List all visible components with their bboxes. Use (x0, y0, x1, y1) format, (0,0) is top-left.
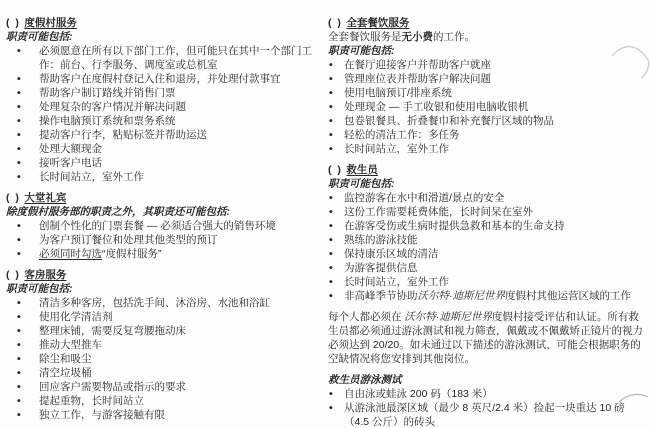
list-item: 除尘和吸尘 (6, 352, 312, 366)
list-item: 创制个性化的门票套餐 — 必须适合强大的销售环境 (6, 219, 312, 233)
section-lead: 除度假村服务部的职责之外，其职责还可能包括: (6, 205, 312, 219)
quoted-text: “度假村服务” (102, 248, 162, 260)
no-tip-note: 全套餐饮服务是无小费的工作。 (328, 30, 648, 44)
brand-name-italic: 沃尔特·迪斯尼世界 (418, 290, 506, 302)
list-item: 长时间站立，室外工作 (328, 142, 648, 156)
list-item: 帮助客户在度假村登记入住和退房，并处理付款事宜 (6, 72, 312, 86)
section-header: ( )客房服务 (6, 268, 312, 282)
bullet-text: 非高峰季节协助 (344, 290, 418, 302)
list-item: 整理床铺，需要反复弯腰拖动床 (6, 324, 312, 338)
section-resort-services: ( )度假村服务 职责可能包括: 必须愿意在所有以下部门工作，但可能只在其中一个… (6, 16, 312, 184)
list-item: 长时间站立，室外工作 (6, 170, 312, 184)
section-title: 大堂礼宾 (24, 192, 66, 204)
section-full-service-dining: ( )全套餐饮服务 全套餐饮服务是无小费的工作。 职责可能包括: 在餐厅迎接客户… (328, 16, 648, 156)
section-title: 救生员 (346, 164, 378, 176)
checkbox-blank: ( ) (328, 164, 342, 176)
list-item: 熟练的游泳技能 (328, 233, 648, 247)
list-item: 长时间站立，室外工作 (328, 275, 648, 289)
right-column: ( )全套餐饮服务 全套餐饮服务是无小费的工作。 职责可能包括: 在餐厅迎接客户… (322, 16, 650, 428)
list-item: 自由泳或蛙泳 200 码（183 米） (328, 387, 648, 401)
list-item: 管理座位表并帮助客户解决问题 (328, 72, 648, 86)
list-item: 帮助客户制订路线并销售门票 (6, 86, 312, 100)
list-item: 为游客提供信息 (328, 261, 648, 275)
checkbox-blank: ( ) (6, 192, 20, 204)
section-title: 客房服务 (24, 269, 66, 281)
list-item: 推动大型推车 (6, 338, 312, 352)
section-header: ( )度假村服务 (6, 16, 312, 30)
list-item: 轻松的清洁工作：多任务 (328, 128, 648, 142)
section-lifeguard: ( )救生员 职责可能包括: 监控游客在水中和滑道/景点的安全 这份工作需要耗费… (328, 163, 648, 303)
bullet-list: 监控游客在水中和滑道/景点的安全 这份工作需要耗费体能，长时间呆在室外 在游客受… (328, 191, 648, 303)
list-item: 为客户预订餐位和处理其他类型的预订 (6, 233, 312, 247)
list-item: 清洁多种客房，包括洗手间、沐浴房、水池和浴缸 (6, 296, 312, 310)
list-item: 必须同时勾选“度假村服务” (6, 247, 312, 261)
checkbox-blank: ( ) (328, 17, 342, 29)
bullet-list: 创制个性化的门票套餐 — 必须适合强大的销售环境 为客户预订餐位和处理其他类型的… (6, 219, 312, 261)
note-text: 的工作。 (433, 31, 475, 43)
brand-name-italic: 沃尔特·迪斯尼世界 (404, 311, 492, 323)
section-lead: 职责可能包括: (328, 177, 648, 191)
list-item: 接听客户电话 (6, 156, 312, 170)
list-item: 独立工作，与游客接触有限 (6, 408, 312, 422)
note-bold-text: 无小费 (402, 31, 434, 43)
list-item: 监控游客在水中和滑道/景点的安全 (328, 191, 648, 205)
checkbox-blank: ( ) (6, 17, 20, 29)
bullet-list: 在餐厅迎接客户并帮助客户就座 管理座位表并帮助客户解决问题 使用电脑预订/排座系… (328, 58, 648, 156)
bullet-list: 自由泳或蛙泳 200 码（183 米） 从游泳池最深区域（最少 8 英尺/2.4… (328, 387, 648, 428)
list-item: 包卷银餐具、折叠餐巾和补充餐厅区域的物品 (328, 114, 648, 128)
list-item: 这份工作需要耗费体能，长时间呆在室外 (328, 205, 648, 219)
list-item: 提起重物，长时间站立 (6, 394, 312, 408)
list-item: 操作电脑预订系统和票务系统 (6, 114, 312, 128)
list-item: 处理现金 — 手工收银和使用电脑收银机 (328, 100, 648, 114)
checkbox-blank: ( ) (6, 269, 20, 281)
note-text: 全套餐饮服务是 (328, 31, 402, 43)
scanned-document-page: ( )度假村服务 职责可能包括: 必须愿意在所有以下部门工作，但可能只在其中一个… (0, 0, 650, 428)
section-title: 全套餐饮服务 (346, 17, 409, 29)
list-item: 在餐厅迎接客户并帮助客户就座 (328, 58, 648, 72)
list-item: 回应客户需要物品或指示的要求 (6, 380, 312, 394)
certification-paragraph: 每个人都必须在 沃尔特·迪斯尼世界度假村接受评估和认证。所有救生员都必须通过游泳… (328, 310, 648, 366)
list-item: 清空垃圾桶 (6, 366, 312, 380)
bullet-text: 度假村其他运营区域的工作 (505, 290, 631, 302)
list-item: 提动客户行李，粘贴标签并帮助运送 (6, 128, 312, 142)
list-item: 在游客受伤或生病时提供急救和基本的生命支持 (328, 219, 648, 233)
list-item: 非高峰季节协助沃尔特·迪斯尼世界度假村其他运营区域的工作 (328, 289, 648, 303)
list-item: 保持康乐区域的清洁 (328, 247, 648, 261)
section-lead: 职责可能包括: (6, 30, 312, 44)
section-header: ( )救生员 (328, 163, 648, 177)
section-swim-test: 救生员游泳测试 自由泳或蛙泳 200 码（183 米） 从游泳池最深区域（最少 … (328, 373, 648, 428)
swim-test-subhead: 救生员游泳测试 (328, 373, 648, 387)
bullet-list: 清洁多种客房，包括洗手间、沐浴房、水池和浴缸 使用化学清洁剂 整理床铺，需要反复… (6, 296, 312, 422)
section-lobby-concierge: ( )大堂礼宾 除度假村服务部的职责之外，其职责还可能包括: 创制个性化的门票套… (6, 191, 312, 261)
section-lead: 职责可能包括: (328, 44, 648, 58)
list-item: 处理复杂的客户情况并解决问题 (6, 100, 312, 114)
underlined-text: 必须同时勾选 (39, 248, 102, 260)
list-item: 处理大额现金 (6, 142, 312, 156)
bullet-list: 必须愿意在所有以下部门工作，但可能只在其中一个部门工作：前台、行李服务、调度室或… (6, 44, 312, 184)
section-title: 度假村服务 (24, 17, 77, 29)
section-header: ( )大堂礼宾 (6, 191, 312, 205)
list-item: 使用化学清洁剂 (6, 310, 312, 324)
section-housekeeping: ( )客房服务 职责可能包括: 清洁多种客房，包括洗手间、沐浴房、水池和浴缸 使… (6, 268, 312, 422)
paragraph-text: 每个人都必须在 (328, 311, 404, 323)
list-item: 从游泳池最深区域（最少 8 英尺/2.4 米）捡起一块重达 10 磅（4.5 公… (328, 401, 648, 428)
list-item: 必须愿意在所有以下部门工作，但可能只在其中一个部门工作：前台、行李服务、调度室或… (6, 44, 312, 72)
section-lead: 职责可能包括: (6, 282, 312, 296)
section-header: ( )全套餐饮服务 (328, 16, 648, 30)
left-column: ( )度假村服务 职责可能包括: 必须愿意在所有以下部门工作，但可能只在其中一个… (0, 16, 322, 428)
list-item: 使用电脑预订/排座系统 (328, 86, 648, 100)
